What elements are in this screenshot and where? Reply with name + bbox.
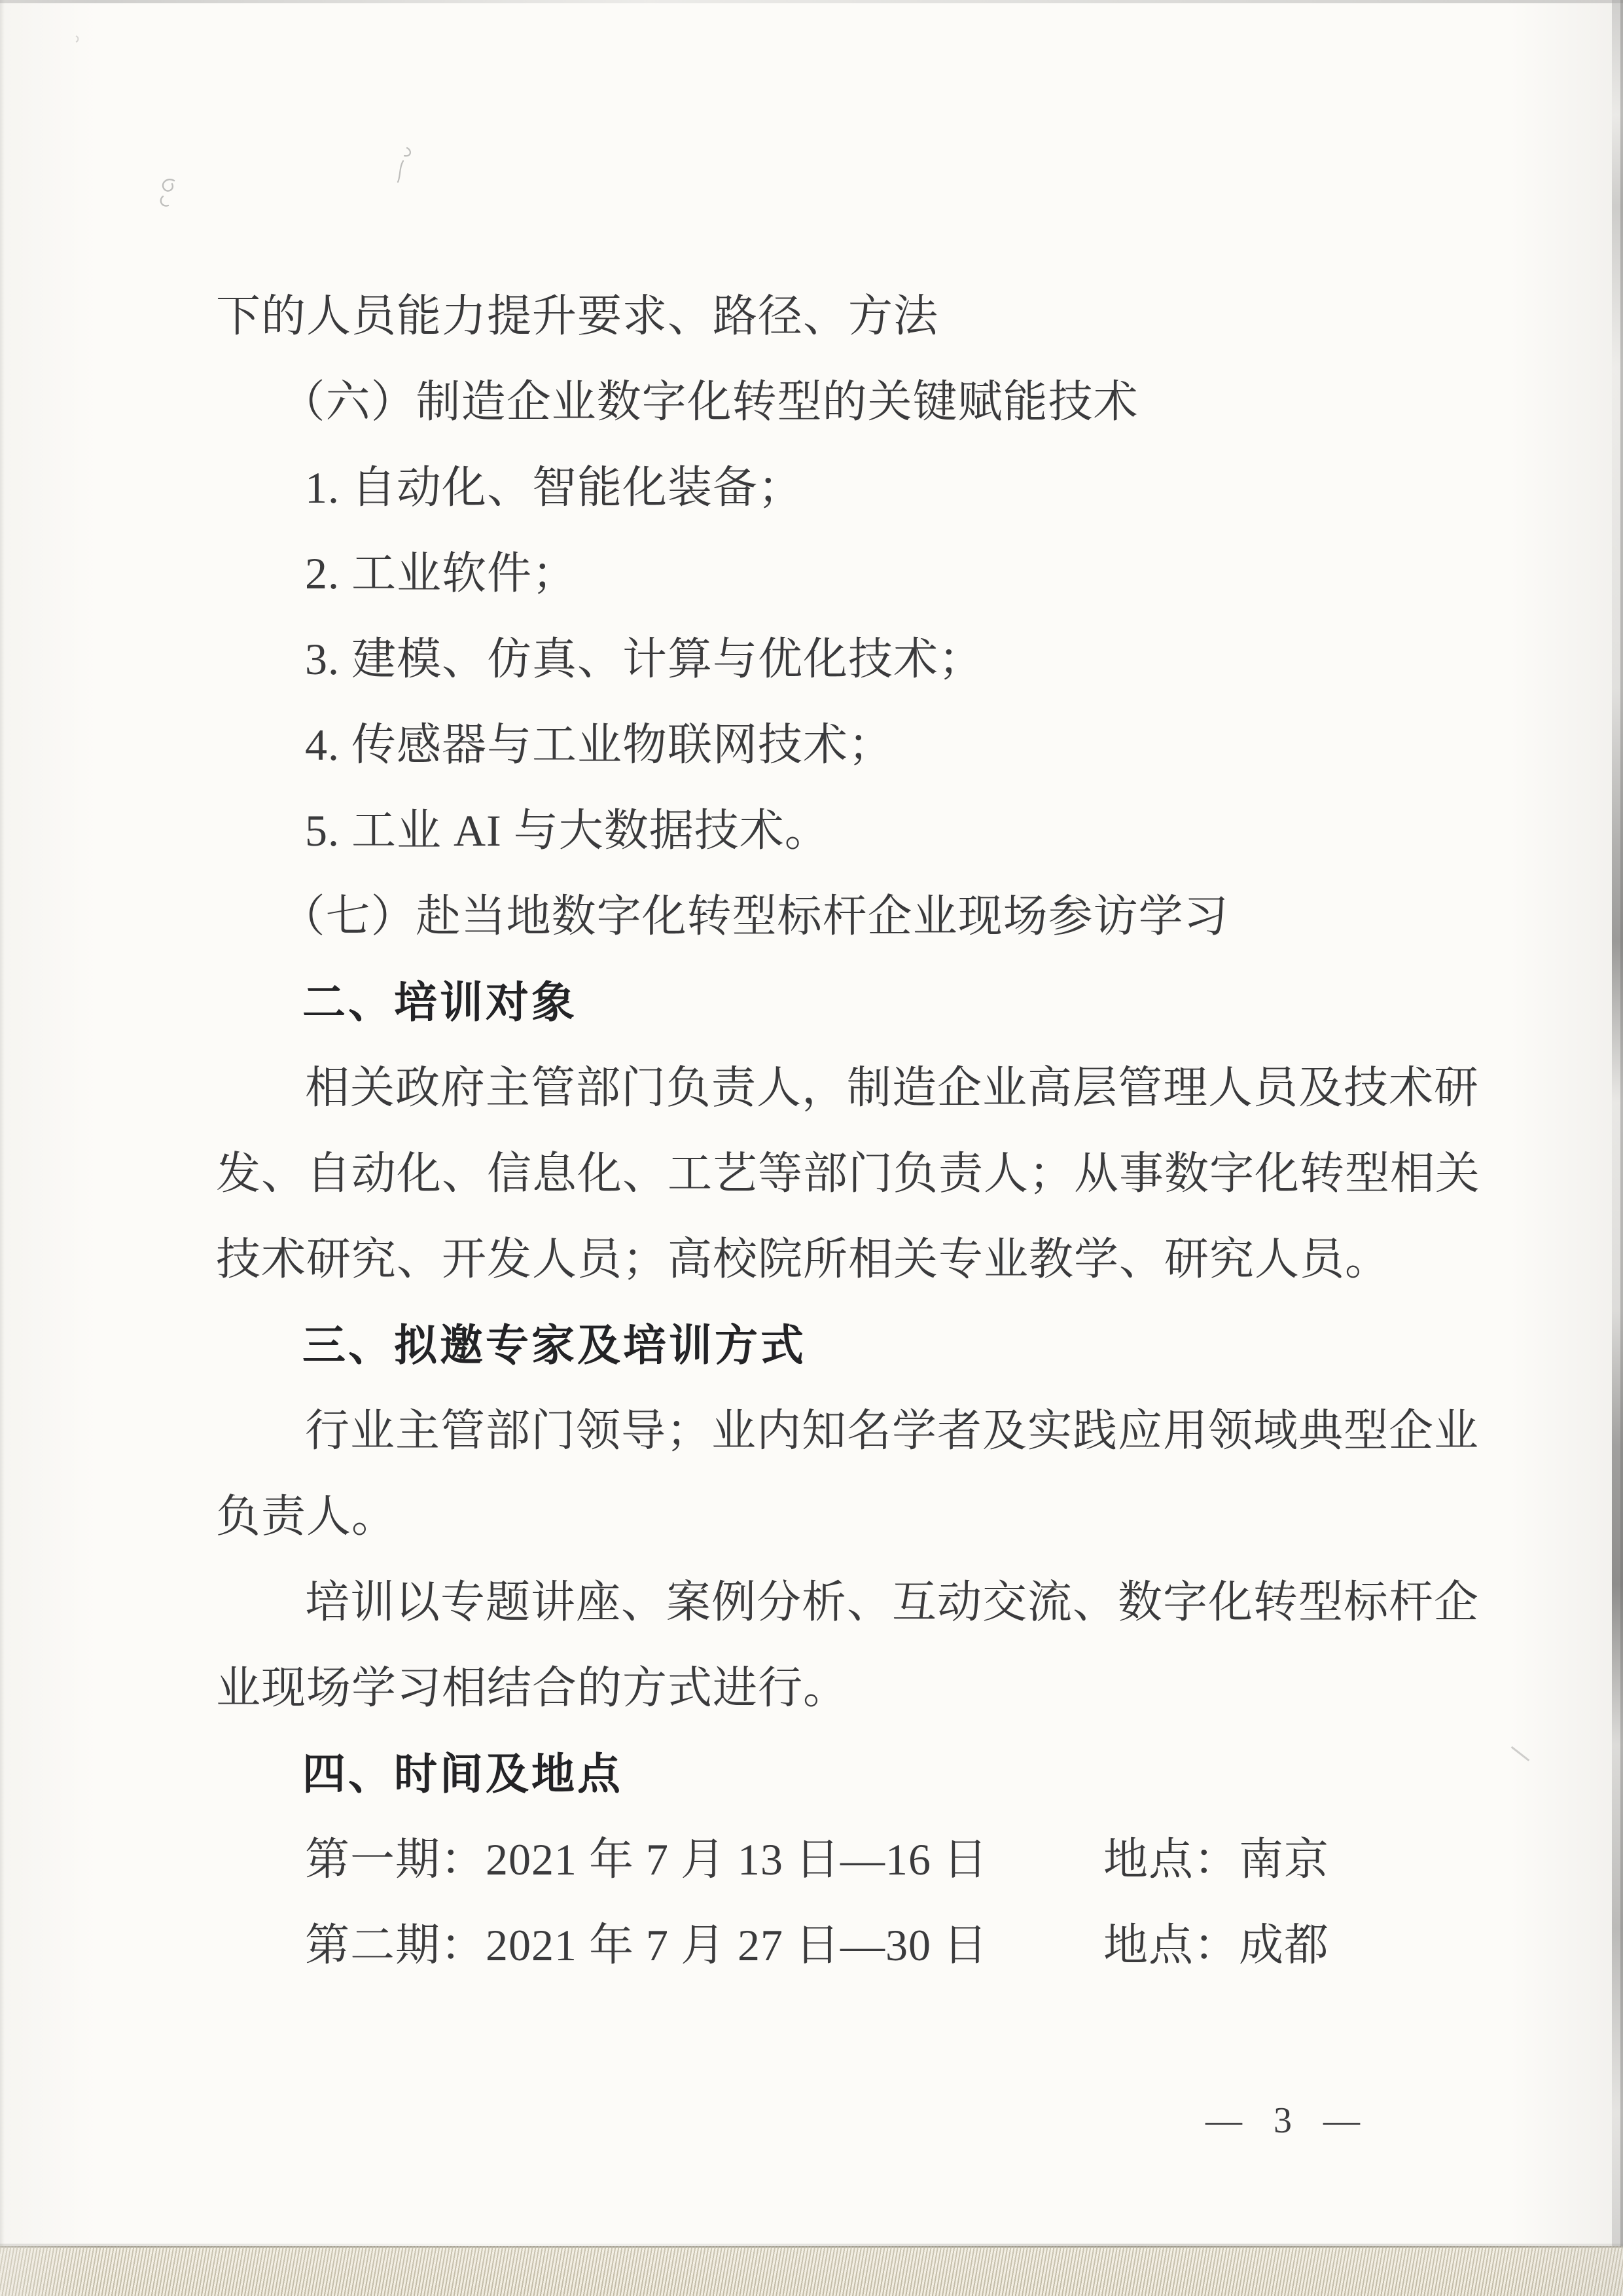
tech-list-item-1: 1. 自动化、智能化装备； [216, 445, 1423, 531]
page-number: — 3 — [1205, 2100, 1361, 2142]
section-2-paragraph-line: 技术研究、开发人员；高校院所相关专业教学、研究人员。 [216, 1217, 1423, 1302]
scan-edge-right [1612, 0, 1623, 2296]
section-3-paragraph-line: 业现场学习相结合的方式进行。 [216, 1645, 1423, 1731]
document-content: 下的人员能力提升要求、路径、方法 （六）制造企业数字化转型的关键赋能技术 1. … [216, 274, 1423, 1988]
tech-list-item-2: 2. 工业软件； [216, 531, 1423, 617]
tech-list-item-3: 3. 建模、仿真、计算与优化技术； [216, 617, 1423, 702]
scan-edge-left [0, 0, 5, 2296]
paragraph-continuation-line: 下的人员能力提升要求、路径、方法 [216, 274, 1423, 359]
section-3-heading: 三、拟邀专家及培训方式 [216, 1302, 1423, 1388]
scan-edge-bottom [0, 2246, 1623, 2296]
schedule-location: 地点：成都 [1103, 1920, 1329, 1970]
section-2-paragraph-line: 相关政府主管部门负责人，制造企业高层管理人员及技术研 [216, 1045, 1423, 1131]
scan-smudge [391, 145, 415, 185]
schedule-session: 第二期：2021 年 7 月 27 日—30 日 [305, 1920, 988, 1970]
scan-speck [73, 34, 84, 45]
section-4-heading: 四、时间及地点 [216, 1731, 1423, 1817]
schedule-session: 第一期：2021 年 7 月 13 日—16 日 [305, 1835, 988, 1884]
scan-tick-mark [1511, 1746, 1530, 1761]
section-2-paragraph-line: 发、自动化、信息化、工艺等部门负责人；从事数字化转型相关 [216, 1131, 1423, 1217]
document-page: 下的人员能力提升要求、路径、方法 （六）制造企业数字化转型的关键赋能技术 1. … [0, 0, 1623, 2296]
section-7-heading: （七）赴当地数字化转型标杆企业现场参访学习 [216, 874, 1423, 960]
schedule-row-2: 第二期：2021 年 7 月 27 日—30 日地点：成都 [216, 1903, 1423, 1988]
section-3-paragraph-line: 培训以专题讲座、案例分析、互动交流、数字化转型标杆企 [216, 1560, 1423, 1645]
scan-smudge [154, 175, 182, 209]
scan-edge-top [0, 0, 1623, 3]
schedule-location: 地点：南京 [1103, 1835, 1329, 1884]
tech-list-item-5: 5. 工业 AI 与大数据技术。 [216, 788, 1423, 874]
section-6-heading: （六）制造企业数字化转型的关键赋能技术 [216, 359, 1423, 445]
section-2-heading: 二、培训对象 [216, 960, 1423, 1045]
section-3-paragraph-line: 负责人。 [216, 1474, 1423, 1560]
section-3-paragraph-line: 行业主管部门领导；业内知名学者及实践应用领域典型企业 [216, 1388, 1423, 1474]
tech-list-item-4: 4. 传感器与工业物联网技术； [216, 702, 1423, 788]
schedule-row-1: 第一期：2021 年 7 月 13 日—16 日地点：南京 [216, 1817, 1423, 1903]
